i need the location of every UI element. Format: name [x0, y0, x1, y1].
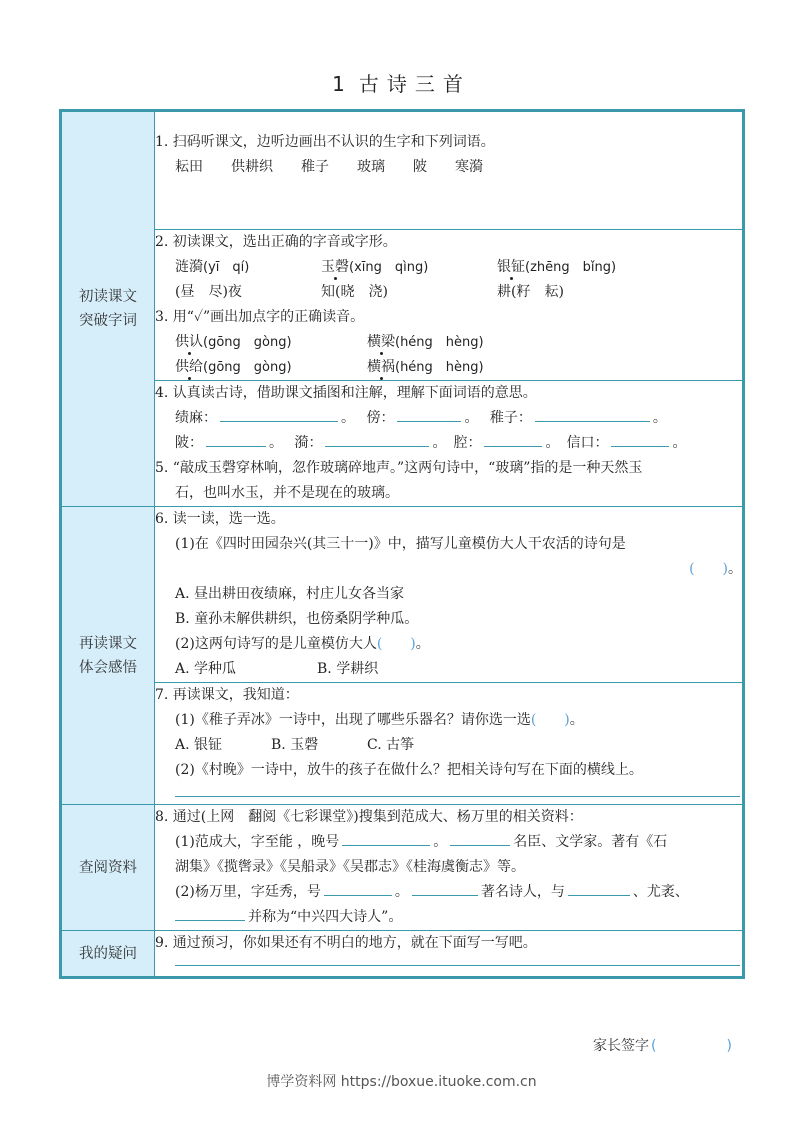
section-label-line: 突破字词 — [62, 309, 154, 333]
choice-row: (昼 尽)夜 知(晓 浇) 耕(籽 耘) — [155, 280, 742, 305]
term: 绩麻： — [175, 410, 217, 426]
answer-paren[interactable]: ( ) — [377, 636, 416, 652]
section-label-line: 我的疑问 — [62, 942, 154, 966]
pinyin-options[interactable]: (yī qí) — [203, 260, 249, 275]
answer-blank[interactable] — [412, 880, 478, 896]
word: 供认 — [175, 334, 203, 350]
lesson-number: 1 — [332, 72, 345, 96]
sub-question: (1)在《四时田园杂兴(其三十一)》中，描写儿童模仿大人干农活的诗句是 — [155, 532, 742, 557]
definition-row: 绩麻：。 傍：。 稚子：。 — [155, 406, 742, 431]
signature-label: 家长签字 — [593, 1038, 649, 1054]
parent-signature: 家长签字( ) — [593, 1035, 732, 1055]
term: 漪： — [294, 435, 322, 451]
question-stem: 1. 扫码听课文，边听边画出不认识的生字和下列词语。 — [155, 130, 742, 155]
answer-paren[interactable]: ( ) — [689, 561, 728, 577]
question-6: 6. 读一读，选一选。 (1)在《四时田园杂兴(其三十一)》中，描写儿童模仿大人… — [155, 507, 744, 683]
question-stem: 3. 用“✓”画出加点字的正确读音。 — [155, 305, 742, 330]
term: 信口： — [566, 435, 608, 451]
answer-blank[interactable] — [324, 880, 392, 896]
choice-row: 供给(gōng gòng) 横祸(héng hèng) — [155, 355, 742, 380]
row-q4-q5: 4. 认真读古诗，借助课文插图和注解，理解下面词语的意思。 绩麻：。 傍：。 稚… — [61, 381, 744, 507]
pinyin-options[interactable]: (gōng gòng) — [203, 360, 292, 375]
question-text: 并称为“中兴四大诗人”。 — [248, 909, 402, 925]
sub-question: (2)这两句诗写的是儿童模仿大人 — [175, 636, 377, 652]
option-b: B. 童孙未解供耕织，也傍桑阴学种瓜。 — [155, 607, 742, 632]
word: 玻璃 — [357, 159, 385, 175]
word: 供给 — [175, 359, 203, 375]
character-options[interactable]: 知(晓 浇) — [321, 280, 497, 305]
section-label-line: 体会感悟 — [62, 656, 154, 680]
option-a: A. 银钲 — [175, 733, 271, 758]
question-text: 名臣、文学家。著有《石 — [513, 834, 667, 850]
pinyin-options[interactable]: (héng hèng) — [395, 335, 484, 350]
sub-question: (2)《村晚》一诗中，放牛的孩子在做什么？把相关诗句写在下面的横线上。 — [155, 758, 742, 783]
word: 寒漪 — [455, 159, 483, 175]
answer-blank[interactable] — [325, 431, 429, 447]
character-options[interactable]: 耕(籽 耘) — [497, 280, 564, 305]
question-2-3: 2. 初读课文，选出正确的字音或字形。 涟漪(yī qí) 玉磬(xīng qì… — [155, 230, 744, 381]
section-label-line: 再读课文 — [62, 632, 154, 656]
answer-blank[interactable] — [535, 406, 650, 422]
option-b: B. 学耕织 — [317, 657, 378, 682]
row-q1: 初读课文 突破字词 1. 扫码听课文，边听边画出不认识的生字和下列词语。 耘田 … — [61, 111, 744, 230]
option-c: C. 古筝 — [367, 733, 414, 758]
section-label-questions: 我的疑问 — [61, 931, 155, 978]
section-label-line: 查阅资料 — [62, 856, 154, 880]
answer-paren[interactable]: ( ) — [531, 712, 570, 728]
question-7: 7. 再读课文，我知道： (1)《稚子弄冰》一诗中，出现了哪些乐器名？请你选一选… — [155, 683, 744, 805]
question-1: 1. 扫码听课文，边听边画出不认识的生字和下列词语。 耘田 供耕织 稚子 玻璃 … — [155, 111, 744, 230]
question-8: 8. 通过(上网 翻阅《七彩课堂》)搜集到范成大、杨万里的相关资料： (1)范成… — [155, 805, 744, 931]
answer-line[interactable] — [175, 964, 740, 966]
row-q7: 7. 再读课文，我知道： (1)《稚子弄冰》一诗中，出现了哪些乐器名？请你选一选… — [61, 683, 744, 805]
term: 傍： — [366, 410, 394, 426]
question-text: 石，也叫水玉，并不是现在的玻璃。 — [155, 481, 742, 506]
lesson-title: 古诗三首 — [359, 72, 471, 96]
question-stem: 2. 初读课文，选出正确的字音或字形。 — [155, 230, 742, 255]
question-stem: 7. 再读课文，我知道： — [155, 683, 742, 708]
question-stem: 6. 读一读，选一选。 — [155, 507, 742, 532]
page-title: 1古诗三首 — [0, 68, 803, 97]
answer-blank[interactable] — [397, 406, 461, 422]
pinyin-options[interactable]: (xīng qìng) — [349, 260, 428, 275]
section-label-line: 初读课文 — [62, 285, 154, 309]
answer-blank[interactable] — [175, 905, 245, 921]
question-stem: 8. 通过(上网 翻阅《七彩课堂》)搜集到范成大、杨万里的相关资料： — [155, 805, 742, 830]
word: 涟漪 — [175, 259, 203, 275]
answer-blank[interactable] — [450, 830, 510, 846]
answer-blank[interactable] — [568, 880, 630, 896]
question-text: 湖集》《揽辔录》《吴船录》《吴郡志》《桂海虞衡志》等。 — [155, 855, 742, 880]
word: 横祸 — [367, 359, 395, 375]
term: 稚子： — [490, 410, 532, 426]
word: 耘田 — [175, 159, 203, 175]
worksheet-table: 初读课文 突破字词 1. 扫码听课文，边听边画出不认识的生字和下列词语。 耘田 … — [59, 109, 745, 979]
row-q8: 查阅资料 8. 通过(上网 翻阅《七彩课堂》)搜集到范成大、杨万里的相关资料： … — [61, 805, 744, 931]
row-q6: 再读课文 体会感悟 6. 读一读，选一选。 (1)在《四时田园杂兴(其三十一)》… — [61, 507, 744, 683]
answer-blank[interactable] — [206, 431, 266, 447]
word-list: 耘田 供耕织 稚子 玻璃 陂 寒漪 — [155, 155, 742, 180]
answer-blank[interactable] — [342, 830, 430, 846]
answer-blank[interactable] — [611, 431, 669, 447]
word: 横梁 — [367, 334, 395, 350]
word: 稚子 — [301, 159, 329, 175]
question-text: 、尤袤、 — [633, 884, 689, 900]
question-stem: 5. “敲成玉磬穿林响，忽作玻璃碎地声。”这两句诗中，“玻璃”指的是一种天然玉 — [155, 456, 742, 481]
question-4-5: 4. 认真读古诗，借助课文插图和注解，理解下面词语的意思。 绩麻：。 傍：。 稚… — [155, 381, 744, 507]
signature-field[interactable]: ( ) — [651, 1038, 732, 1054]
section-label-reread: 再读课文 体会感悟 — [61, 507, 155, 805]
option-b: B. 玉磬 — [271, 733, 367, 758]
option-a: A. 昼出耕田夜绩麻，村庄儿女各当家 — [155, 582, 742, 607]
character-options[interactable]: (昼 尽)夜 — [175, 280, 321, 305]
definition-row: 陂：。 漪：。 腔：。 信口：。 — [155, 431, 742, 456]
row-q9: 我的疑问 9. 通过预习，你如果还有不明白的地方，就在下面写一写吧。 — [61, 931, 744, 978]
term: 陂： — [175, 435, 203, 451]
term: 腔： — [453, 435, 481, 451]
word: 银钲 — [497, 259, 525, 275]
sub-question: (1)《稚子弄冰》一诗中，出现了哪些乐器名？请你选一选 — [175, 712, 531, 728]
section-label-first-read: 初读课文 突破字词 — [61, 111, 155, 507]
word: 供耕织 — [231, 159, 273, 175]
option-a: A. 学种瓜 — [175, 657, 317, 682]
pinyin-options[interactable]: (gōng gòng) — [203, 335, 292, 350]
sub-question: (2)杨万里，字廷秀，号 — [175, 884, 321, 900]
question-text: 著名诗人，与 — [481, 884, 565, 900]
word: 陂 — [413, 159, 427, 175]
pinyin-options[interactable]: (héng hèng) — [395, 360, 484, 375]
section-label-research: 查阅资料 — [61, 805, 155, 931]
pinyin-options[interactable]: (zhēng bǐng) — [525, 260, 616, 275]
choice-row: 涟漪(yī qí) 玉磬(xīng qìng) 银钲(zhēng bǐng) — [155, 255, 742, 280]
question-stem: 4. 认真读古诗，借助课文插图和注解，理解下面词语的意思。 — [155, 381, 742, 406]
row-q2-q3: 2. 初读课文，选出正确的字音或字形。 涟漪(yī qí) 玉磬(xīng qì… — [61, 230, 744, 381]
choice-row: 供认(gōng gòng) 横梁(héng hèng) — [155, 330, 742, 355]
answer-line[interactable] — [175, 795, 740, 797]
sub-question: (1)范成大，字至能 ，晚号 — [175, 834, 339, 850]
footer-watermark: 博学资料网 https://boxue.ituoke.com.cn — [0, 1071, 803, 1091]
answer-blank[interactable] — [484, 431, 542, 447]
answer-blank[interactable] — [220, 406, 338, 422]
question-9: 9. 通过预习，你如果还有不明白的地方，就在下面写一写吧。 — [155, 931, 744, 978]
question-stem: 9. 通过预习，你如果还有不明白的地方，就在下面写一写吧。 — [155, 931, 742, 956]
word: 玉磬 — [321, 259, 349, 275]
